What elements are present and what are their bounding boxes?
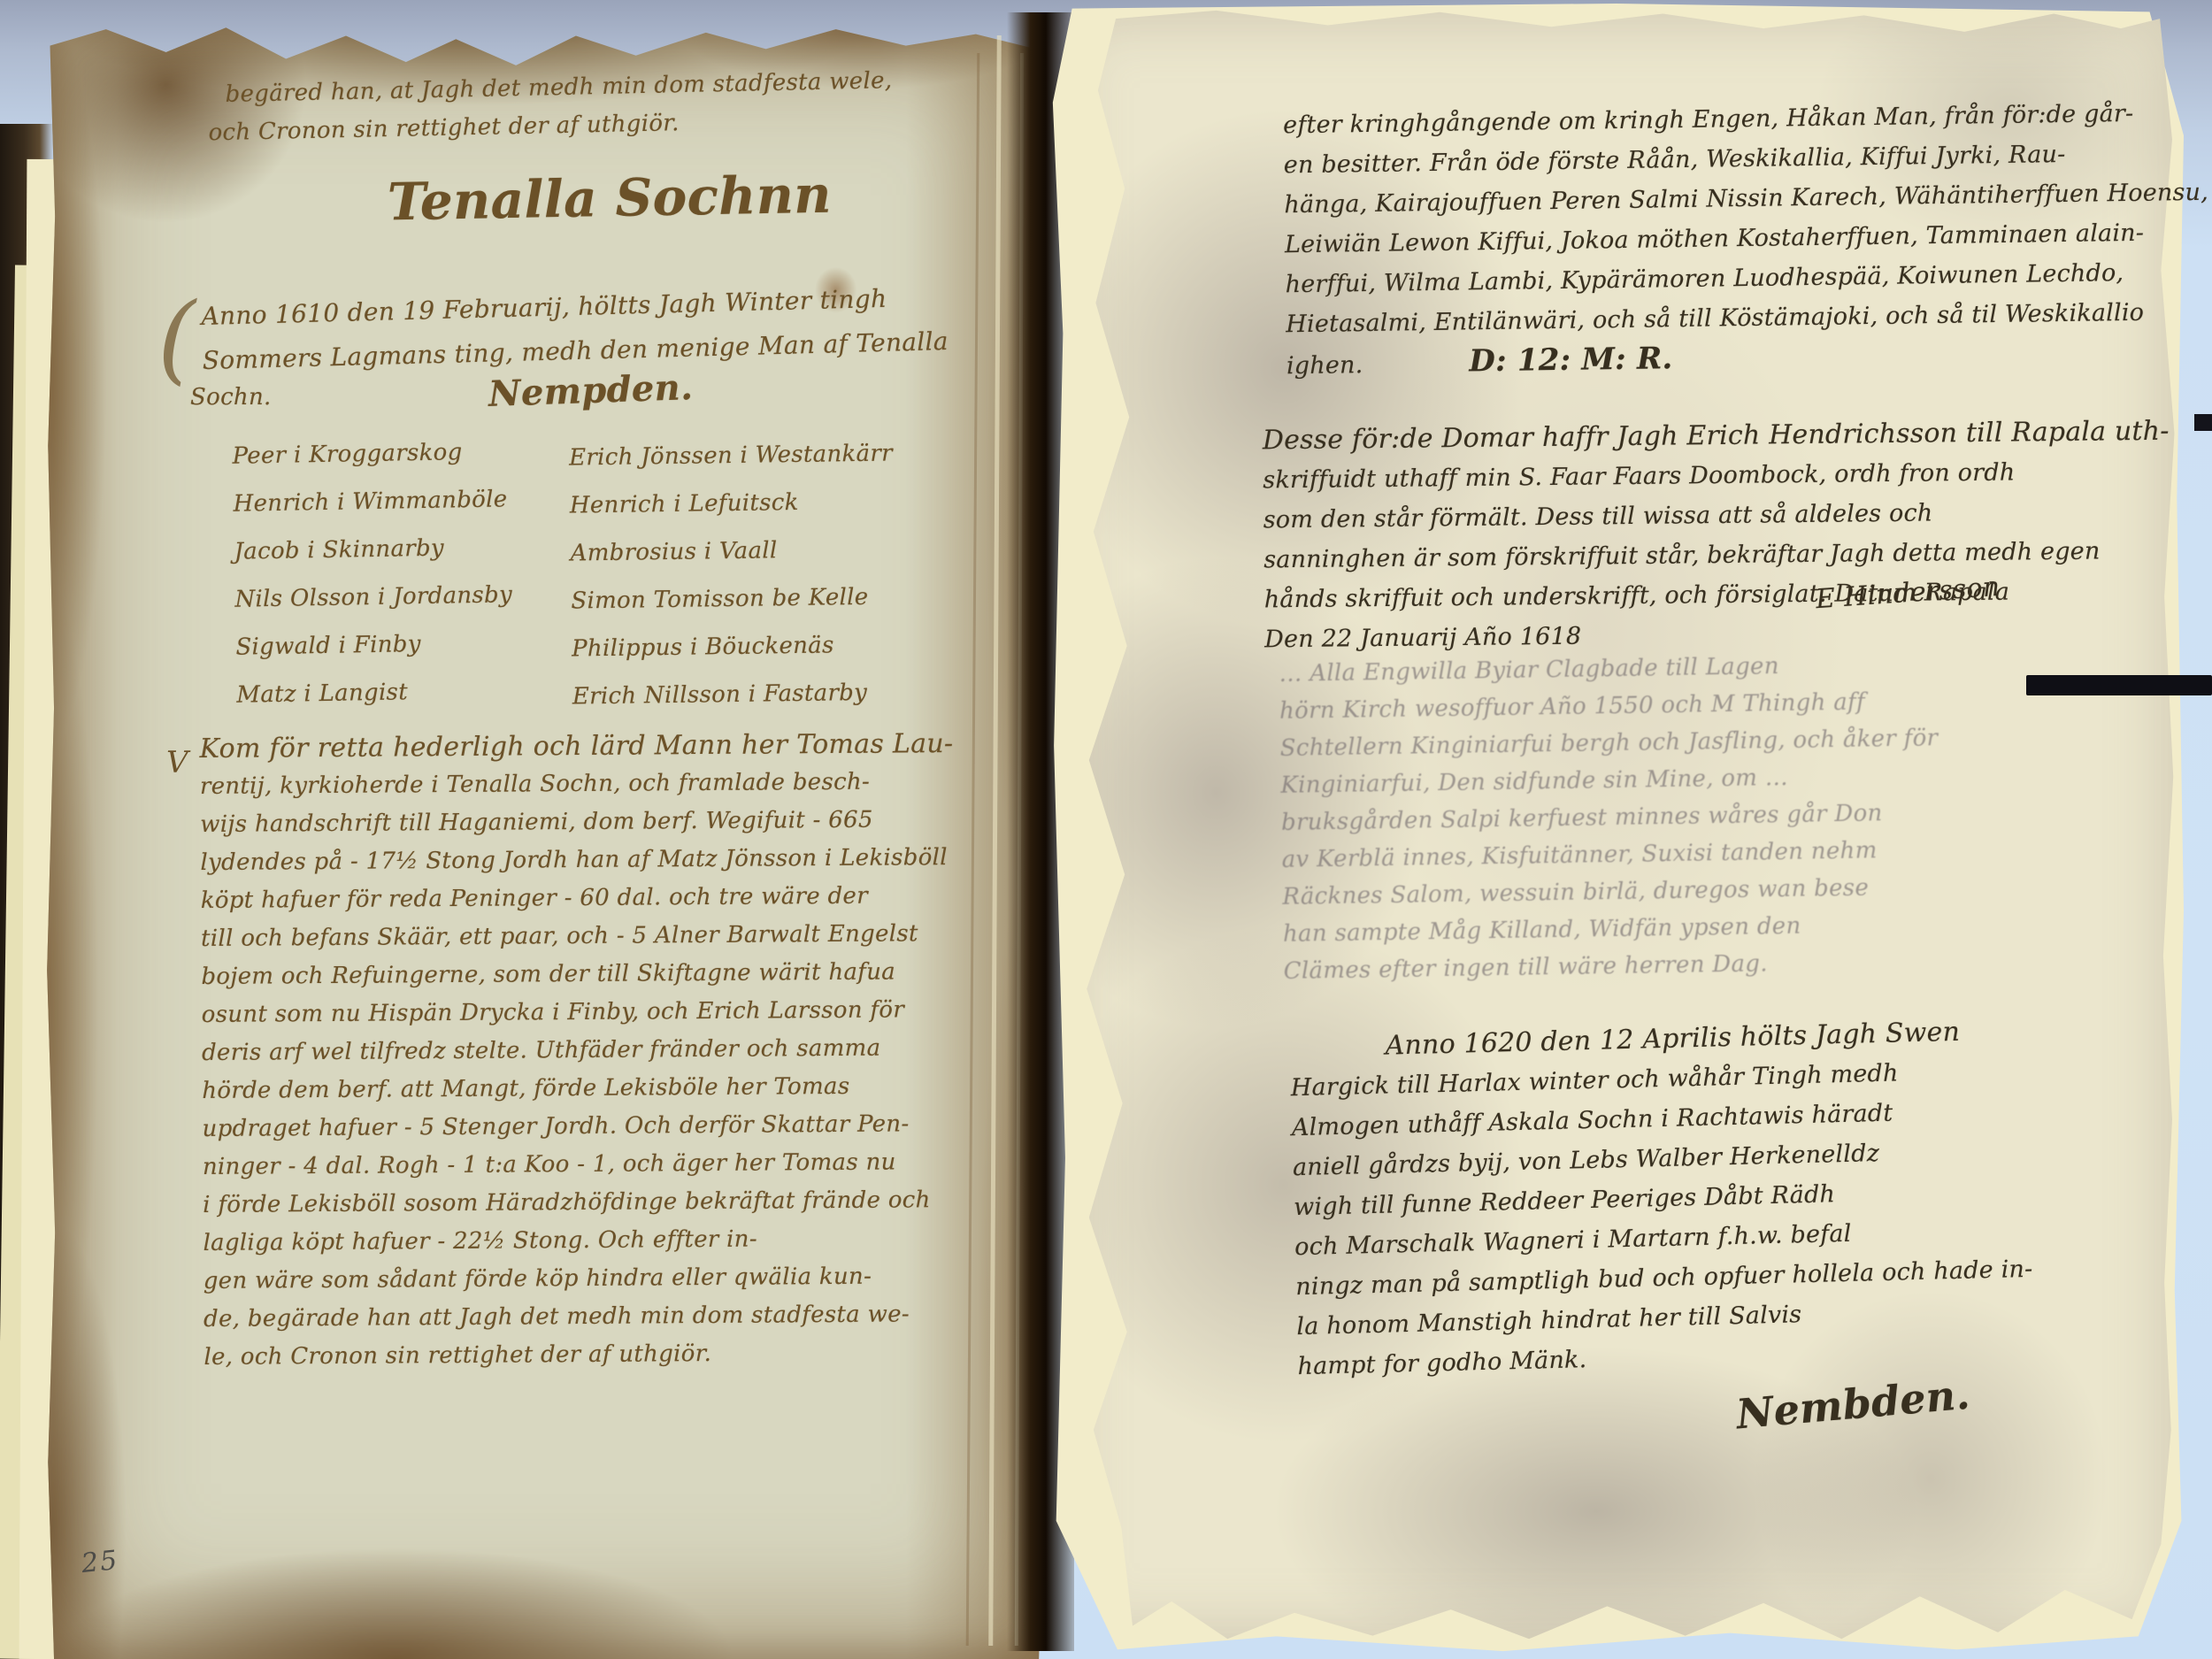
jury-member: Erich Nillsson i Fastarby [572, 668, 896, 720]
jury-member: Sigwald i Finby [235, 618, 513, 671]
manuscript-line: lagliga köpt hafuer - 22½ Stong. Och eff… [203, 1219, 956, 1263]
manuscript-line: rentij, kyrkioherde i Tenalla Sochn, och… [200, 763, 954, 806]
manuscript-line: le, och Cronon sin rettighet der af uthg… [204, 1333, 957, 1377]
intro-tail-word: Sochn. [190, 379, 272, 417]
manuscript-line: bojem och Refuingerne, som der till Skif… [201, 953, 955, 996]
jury-member: Jacob i Skinnarby [234, 523, 511, 575]
right-1620-paragraph: Anno 1620 den 12 Aprilis hölts Jagh Swen… [1289, 1010, 2035, 1386]
jury-column-left: Peer i Kroggarskog Henrich i Wimmanböle … [232, 427, 514, 718]
jury-column-right: Erich Jönssen i Westankärr Henrich i Lef… [569, 429, 896, 720]
jury-member: Ambrosius i Vaall [570, 525, 894, 577]
manuscript-line: wijs handschrift till Haganiemi, dom ber… [200, 801, 954, 844]
initials-mark: D: 12: M: R. [1469, 339, 1673, 381]
jury-member: Erich Jönssen i Westankärr [569, 429, 893, 481]
right-boundary-paragraph: efter kringhgångende om kringh Engen, Hå… [1283, 93, 2211, 387]
left-body-paragraph: Kom för retta hederligh och lärd Mann he… [199, 725, 957, 1377]
manuscript-line: ninger - 4 dal. Rogh - 1 t:a Koo - 1, oc… [203, 1143, 956, 1187]
manuscript-line: Kom för retta hederligh och lärd Mann he… [199, 725, 953, 768]
manuscript-line: lydendes på - 17½ Stong Jordh han af Mat… [200, 839, 954, 882]
jury-member: Philippus i Böuckenäs [572, 620, 895, 672]
right-attestation-paragraph: Desse för:de Domar haffr Jagh Erich Hend… [1263, 411, 2172, 660]
manuscript-line: köpt hafuer för reda Peninger - 60 dal. … [201, 877, 955, 920]
jury-member: Nils Olsson i Jordansby [234, 571, 512, 623]
jury-member: Henrich i Lefuitsck [570, 477, 894, 529]
jury-member: Simon Tomisson be Kelle [571, 572, 895, 625]
manuscript-line: gen wäre som sådant förde köp hindra ell… [204, 1257, 957, 1301]
faded-bleedthrough-paragraph: … Alla Engwilla Byiar Clagbade till Lage… [1279, 645, 1941, 990]
pencil-page-number: 25 [80, 1545, 120, 1579]
black-ruler-bar [2026, 675, 2212, 695]
black-edge-mark [2194, 414, 2212, 431]
paragraph-end-word: ighen. [1286, 351, 1363, 380]
jury-member: Matz i Langist [236, 666, 514, 718]
jury-member: Peer i Kroggarskog [232, 427, 510, 480]
manuscript-line: de, begärade han att Jagh det medh min d… [204, 1295, 957, 1339]
left-header-paragraph: begäred han, at Jagh det medh min dom st… [225, 62, 893, 152]
jury-member: Henrich i Wimmanböle [233, 475, 511, 527]
manuscript-line: i förde Lekisböll sosom Häradzhöfdinge b… [203, 1181, 956, 1225]
manuscript-line: deris arf wel tilfredz stelte. Uthfäder … [202, 1029, 956, 1072]
manuscript-line: hörde dem berf. att Mangt, förde Lekisbö… [202, 1067, 956, 1110]
manuscript-line: till och befans Skäär, ett paar, och - 5… [201, 915, 955, 958]
left-page-title: Tenalla Sochnn [387, 166, 832, 231]
manuscript-line: updraget hafuer - 5 Stenger Jordh. Och d… [202, 1105, 956, 1148]
margin-mark: V [166, 745, 188, 780]
margin-paren-flourish: ( [157, 281, 196, 395]
manuscript-line: osunt som nu Hispän Drycka i Finby, och … [202, 991, 956, 1034]
jury-heading: Nempden. [488, 368, 694, 413]
